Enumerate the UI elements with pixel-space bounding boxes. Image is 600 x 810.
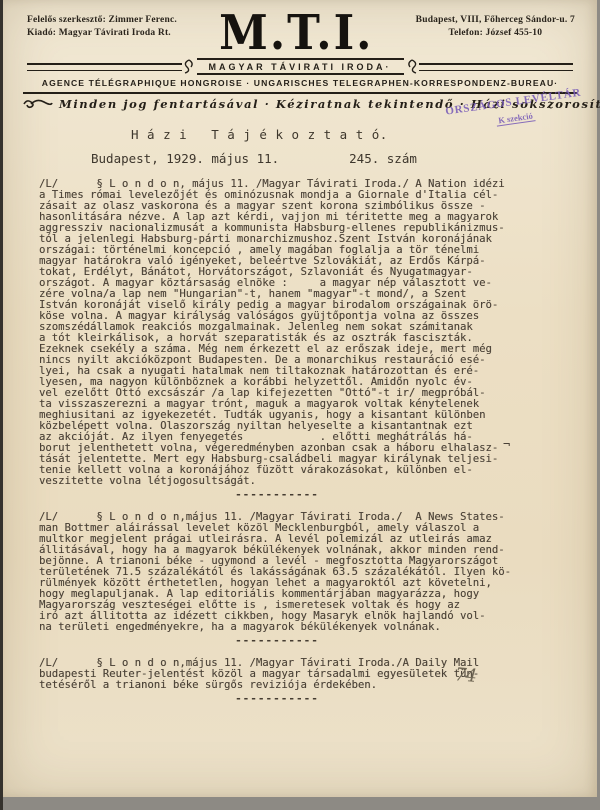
article-london-new-statesman: /L/ § L o n d o n,május 11. /Magyar Távi… (39, 512, 555, 633)
paper-sheet: Felelős szerkesztő: Zimmer Ferenc. Kiadó… (3, 0, 597, 797)
article-london-daily-mail: /L/ § L o n d o n,május 11. /Magyar Távi… (39, 658, 555, 691)
pencil-page-number: 74 (454, 664, 477, 687)
editor-line: Felelős szerkesztő: Zimmer Ferenc. (27, 14, 177, 27)
masthead-left-block: Felelős szerkesztő: Zimmer Ferenc. Kiadó… (27, 14, 177, 40)
masthead-right-block: Budapest, VIII, Főherceg Sándor-u. 7 Tel… (416, 14, 575, 40)
publisher-line: Kiadó: Magyar Távirati Iroda Rt. (27, 27, 177, 40)
scanned-document: Felelős szerkesztő: Zimmer Ferenc. Kiadó… (0, 0, 600, 810)
pencil-margin-mark: ¬ (503, 437, 510, 451)
address-line: Budapest, VIII, Főherceg Sándor-u. 7 (416, 14, 575, 27)
scroll-ornament-icon (406, 59, 419, 74)
rights-row: Minden jog fentartásával · Kéziratnak te… (23, 92, 577, 111)
dashed-separator: ----------- (39, 636, 515, 645)
flourish-ornament-icon (23, 98, 53, 110)
article-london-nation: /L/ § L o n d o n, május 11. /Magyar Táv… (39, 179, 555, 487)
phone-line: Telefon: József 455-10 (416, 27, 575, 40)
stamp-line2: K szekció (496, 110, 536, 126)
scan-edge-shadow (0, 0, 3, 810)
band-rule-left (27, 63, 182, 71)
agency-intl-line: AGENCE TÉLÉGRAPHIQUE HONGROISE · UNGARIS… (3, 78, 597, 88)
issue-number: 245. szám (349, 151, 417, 166)
dateline: Budapest, 1929. május 11. 245. szám (91, 151, 597, 166)
body-column: /L/ § L o n d o n, május 11. /Magyar Táv… (39, 179, 555, 703)
rights-notice: Minden jog fentartásával · Kéziratnak te… (59, 97, 600, 111)
place-date: Budapest, 1929. május 11. (91, 151, 279, 166)
dashed-separator: ----------- (39, 694, 515, 703)
dashed-separator: ----------- (39, 490, 515, 499)
mti-logo: M.T.I. (219, 15, 373, 54)
band-rule-right (419, 63, 574, 71)
bulletin-title: H á z i T á j é k o z t a t ó. (131, 127, 597, 142)
masthead: Felelős szerkesztő: Zimmer Ferenc. Kiadó… (3, 0, 597, 52)
scroll-ornament-icon (182, 59, 195, 74)
